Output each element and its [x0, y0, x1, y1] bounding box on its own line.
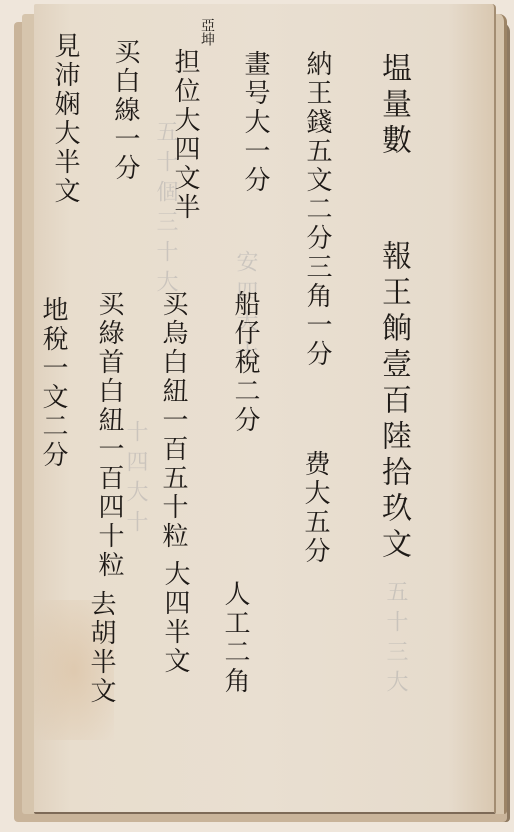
buy-green-column: 买綠首白紐一百四十粒	[96, 290, 122, 580]
buy-black-column: 买烏白紐一百五十粒	[160, 290, 186, 551]
title-column: 塭量數	[378, 52, 408, 160]
land-tax-column: 地稅一文二分	[40, 296, 66, 470]
carry-note: 亞坤	[200, 18, 214, 46]
boat-tax-column: 船仔稅二分	[232, 290, 258, 435]
buy-black-price: 大四半文	[162, 560, 188, 676]
fee-column: 费大五分	[302, 450, 328, 566]
buy-green-price: 去胡半文	[88, 590, 114, 706]
carry-column: 担位大四文半	[172, 48, 198, 222]
buy-white-column: 买白線一分	[112, 38, 138, 183]
bleed-through-text: 十四大十	[120, 420, 151, 540]
seen-column: 見沛娴大半文	[52, 32, 78, 206]
report-column: 報王餉壹百陸拾玖文	[378, 240, 408, 564]
bleed-through-text: 五十三大	[380, 580, 411, 700]
labor-column: 人工二角	[222, 580, 248, 696]
painting-column: 畫号大一分	[242, 50, 268, 195]
tax-paid-column: 納王錢五文二分三角一分	[304, 50, 330, 369]
